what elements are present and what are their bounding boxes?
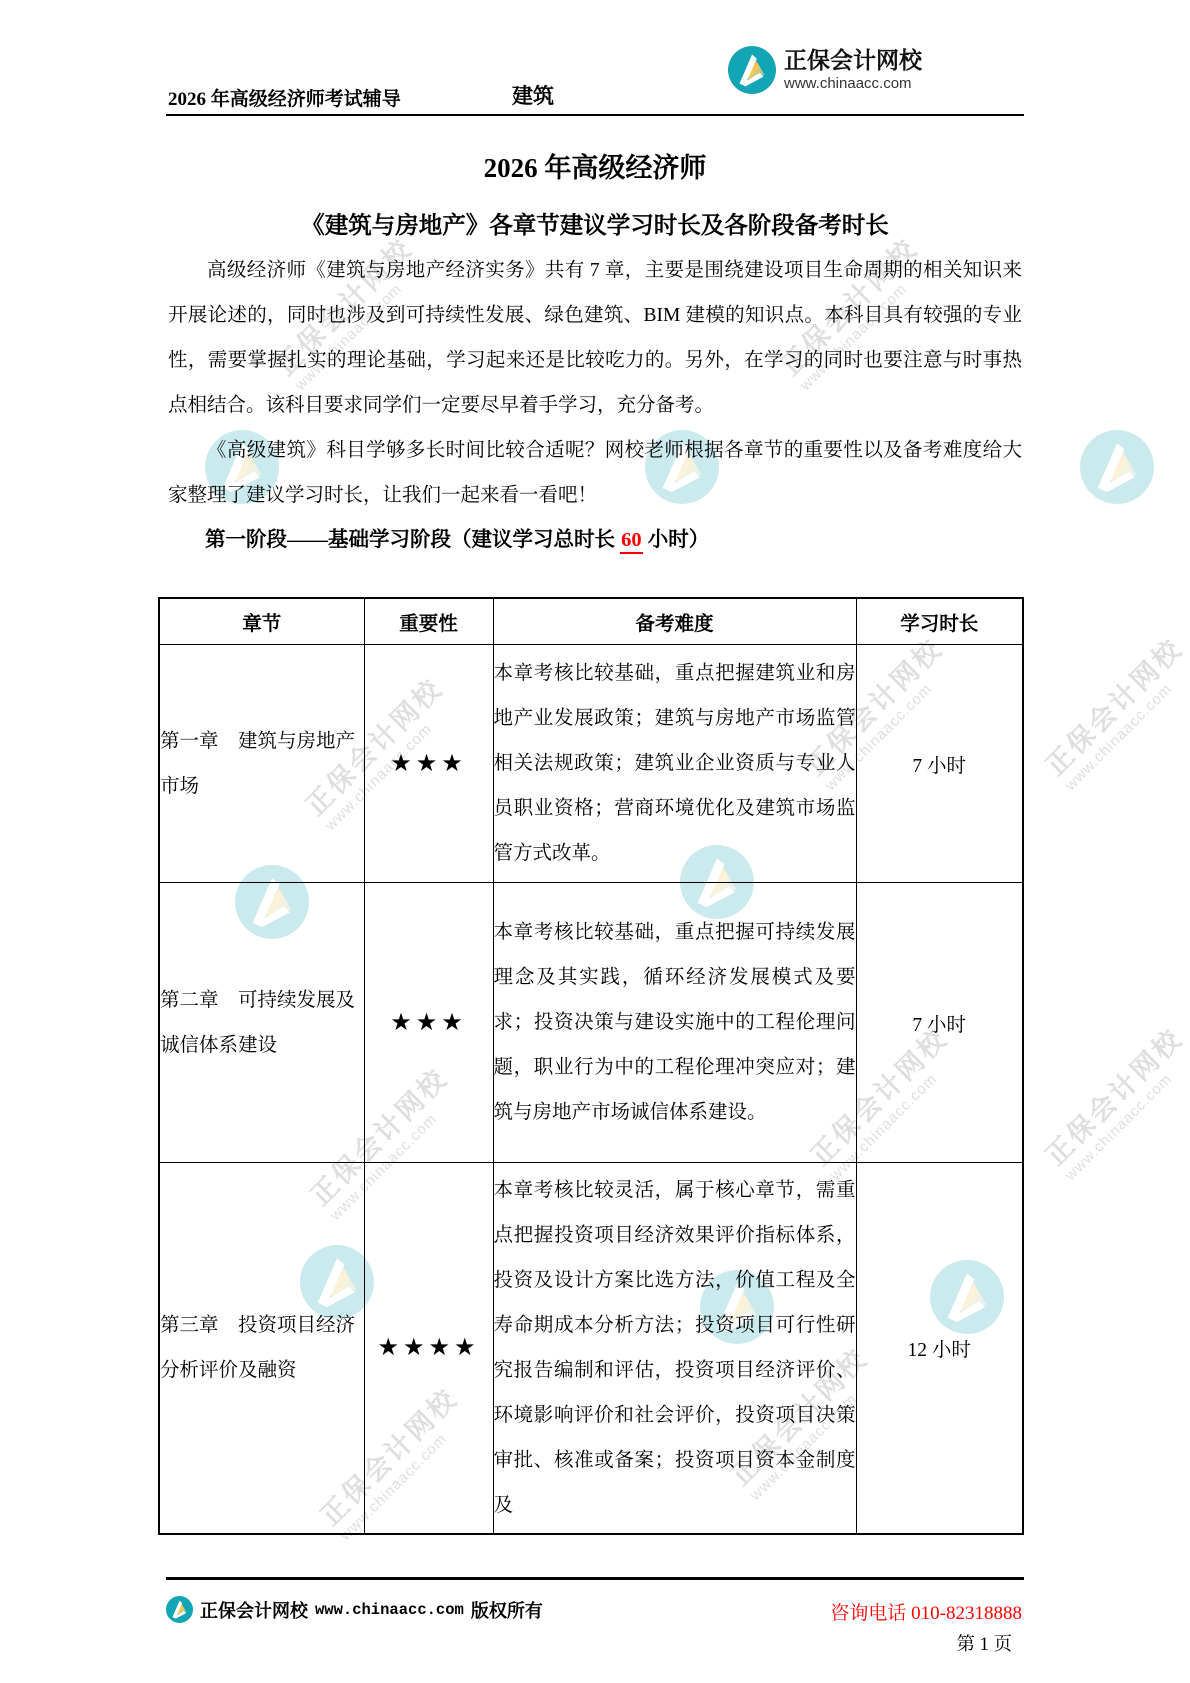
intro-paragraph-1: 高级经济师《建筑与房地产经济实务》共有 7 章，主要是围绕建设项目生命周期的相关…	[168, 248, 1022, 428]
header-course-name: 建筑	[512, 80, 554, 110]
stage-heading: 第一阶段——基础学习阶段（建议学习总时长 60 小时）	[205, 522, 709, 552]
chapter-cell: 第二章 可持续发展及诚信体系建设	[159, 883, 364, 1163]
stage-heading-suffix: 小时）	[643, 529, 710, 551]
document-page: 正保会计网校www.chinaacc.com 正保会计网校www.chinaac…	[0, 0, 1190, 1683]
table-row: 第三章 投资项目经济分析评价及融资 ★★★★ 本章考核比较灵活，属于核心章节，需…	[159, 1163, 1023, 1534]
doc-title-line1: 2026 年高级经济师	[0, 146, 1190, 185]
col-header-importance: 重要性	[364, 598, 493, 645]
stage-heading-prefix: 第一阶段——基础学习阶段（建议学习总时长	[205, 529, 620, 551]
footer-divider	[166, 1577, 1024, 1580]
footer-phone: 咨询电话 010-82318888	[830, 1598, 1022, 1625]
doc-title-line2: 《建筑与房地产》各章节建议学习时长及各阶段备考时长	[0, 206, 1190, 240]
stage-total-hours: 60	[620, 529, 643, 554]
page-number: 第 1 页	[956, 1630, 1012, 1656]
study-plan-table: 章节 重要性 备考难度 学习时长 第一章 建筑与房地产市场 ★★★ 本章考核比较…	[158, 597, 1024, 1535]
hours-cell: 7 小时	[856, 645, 1023, 883]
footer-copyright: 正保会计网校 www.chinaacc.com 版权所有	[166, 1596, 543, 1623]
difficulty-cell: 本章考核比较基础，重点把握可持续发展理念及其实践，循环经济发展模式及要求；投资决…	[493, 883, 856, 1163]
difficulty-cell: 本章考核比较基础，重点把握建筑业和房地产业发展政策；建筑与房地产市场监管相关法规…	[493, 645, 856, 883]
footer-logo-icon	[166, 1596, 193, 1623]
table-header-row: 章节 重要性 备考难度 学习时长	[159, 598, 1023, 645]
header-exam-title: 2026 年高级经济师考试辅导	[168, 84, 401, 111]
chinaacc-logo-icon	[728, 46, 776, 94]
header-divider	[166, 114, 1024, 116]
header-brand-block: 正保会计网校 www.chinaacc.com	[784, 48, 922, 93]
importance-cell: ★★★	[364, 883, 493, 1163]
hours-cell: 7 小时	[856, 883, 1023, 1163]
brand-url: www.chinaacc.com	[784, 76, 922, 93]
table-row: 第二章 可持续发展及诚信体系建设 ★★★ 本章考核比较基础，重点把握可持续发展理…	[159, 883, 1023, 1163]
col-header-chapter: 章节	[159, 598, 364, 645]
importance-cell: ★★★★	[364, 1163, 493, 1534]
brand-name: 正保会计网校	[784, 48, 922, 73]
difficulty-cell: 本章考核比较灵活，属于核心章节，需重点把握投资项目经济效果评价指标体系，投资及设…	[493, 1163, 856, 1534]
chapter-cell: 第一章 建筑与房地产市场	[159, 645, 364, 883]
col-header-difficulty: 备考难度	[493, 598, 856, 645]
importance-cell: ★★★	[364, 645, 493, 883]
footer-copyright-text: 版权所有	[471, 1597, 543, 1623]
footer-brand: 正保会计网校	[200, 1597, 308, 1623]
footer-url: www.chinaacc.com	[315, 1601, 464, 1619]
intro-paragraphs: 高级经济师《建筑与房地产经济实务》共有 7 章，主要是围绕建设项目生命周期的相关…	[168, 248, 1022, 518]
intro-paragraph-2: 《高级建筑》科目学够多长时间比较合适呢？网校老师根据各章节的重要性以及备考难度给…	[168, 428, 1022, 518]
chapter-cell: 第三章 投资项目经济分析评价及融资	[159, 1163, 364, 1534]
table-row: 第一章 建筑与房地产市场 ★★★ 本章考核比较基础，重点把握建筑业和房地产业发展…	[159, 645, 1023, 883]
hours-cell: 12 小时	[856, 1163, 1023, 1534]
col-header-hours: 学习时长	[856, 598, 1023, 645]
